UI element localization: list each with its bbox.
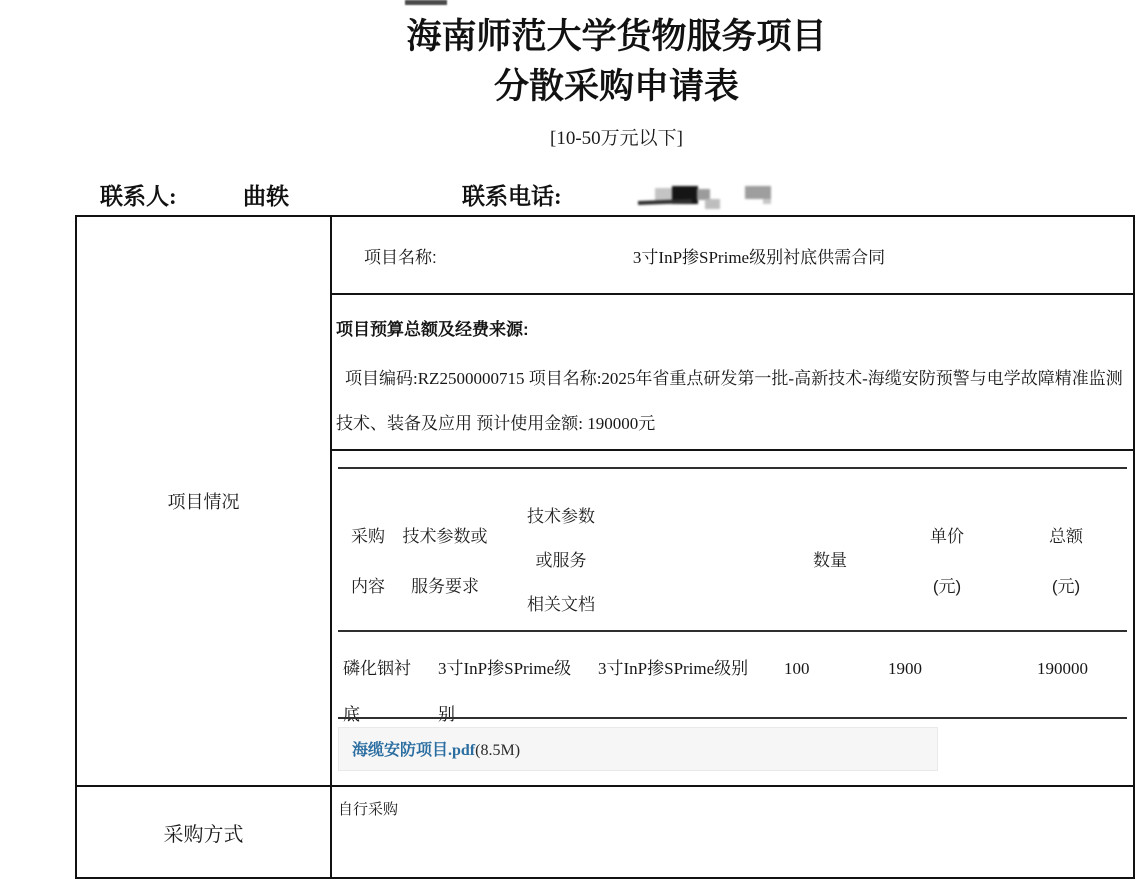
item-cell-tech-params: 3寸InP掺SPrime级别 bbox=[438, 646, 588, 738]
row-divider bbox=[332, 449, 1133, 451]
purchase-method-value: 自行采购 bbox=[338, 798, 398, 819]
items-header-quantity: 数量 bbox=[813, 539, 847, 583]
items-header-total: 总额 (元) bbox=[1049, 512, 1083, 612]
document-header: 海南师范大学货物服务项目 分散采购申请表 [10-50万元以下] bbox=[47, 12, 1139, 150]
redaction-block bbox=[745, 186, 771, 199]
attachment-pdf-link[interactable]: 海缆安防项目.pdf bbox=[352, 742, 475, 759]
section-label-purchase-method: 采购方式 bbox=[77, 787, 330, 877]
budget-detail: 项目编码:RZ2500000715 项目名称:2025年省重点研发第一批-高新技… bbox=[336, 356, 1131, 446]
items-table-top-rule bbox=[338, 467, 1127, 469]
application-form-table: 项目情况 采购方式 项目名称: 3寸InP掺SPrime级别衬底供需合同 项目预… bbox=[75, 215, 1135, 879]
items-header-tech-docs: 技术参数 或服务 相关文档 bbox=[527, 495, 595, 627]
phone-redaction bbox=[628, 180, 780, 212]
document-title-line1: 海南师范大学货物服务项目 bbox=[47, 12, 1139, 62]
procurement-application-page: 海南师范大学货物服务项目 分散采购申请表 [10-50万元以下] 联系人: 曲轶… bbox=[0, 0, 1139, 882]
items-table-bottom-rule bbox=[338, 717, 1127, 719]
item-cell-tech-docs: 3寸InP掺SPrime级别 bbox=[598, 646, 748, 692]
redaction-block bbox=[763, 199, 771, 204]
item-cell-quantity: 100 bbox=[784, 646, 810, 692]
items-header-purchase-content: 采购 内容 bbox=[351, 512, 385, 612]
attachment-file-size: (8.5M) bbox=[475, 742, 520, 759]
budget-heading: 项目预算总额及经费来源: bbox=[336, 315, 529, 340]
redaction-block bbox=[638, 199, 692, 205]
project-name-value: 3寸InP掺SPrime级别衬底供需合同 bbox=[385, 243, 1133, 268]
item-cell-purchase-content: 磷化铟衬底 bbox=[343, 646, 419, 738]
items-header-unit-price: 单价 (元) bbox=[930, 512, 964, 612]
document-subtitle: [10-50万元以下] bbox=[47, 123, 1139, 150]
section-label-project-info: 项目情况 bbox=[77, 217, 330, 785]
form-right-column: 项目名称: 3寸InP掺SPrime级别衬底供需合同 项目预算总额及经费来源: … bbox=[332, 217, 1133, 877]
contact-person-name: 曲轶 bbox=[243, 178, 289, 211]
attachment-box: 海缆安防项目.pdf(8.5M) bbox=[338, 727, 938, 771]
items-table-header-rule bbox=[338, 630, 1127, 632]
contact-phone-label: 联系电话: bbox=[462, 178, 562, 211]
top-edge-artifact bbox=[405, 0, 447, 5]
item-cell-unit-price: 1900 bbox=[888, 646, 922, 692]
redaction-block bbox=[705, 199, 720, 209]
row-divider bbox=[332, 293, 1133, 295]
items-header-tech-params: 技术参数或 服务要求 bbox=[403, 512, 488, 612]
item-cell-total: 190000 bbox=[1037, 646, 1088, 692]
contact-person-label: 联系人: bbox=[100, 178, 177, 211]
document-title-line2: 分散采购申请表 bbox=[47, 62, 1139, 112]
